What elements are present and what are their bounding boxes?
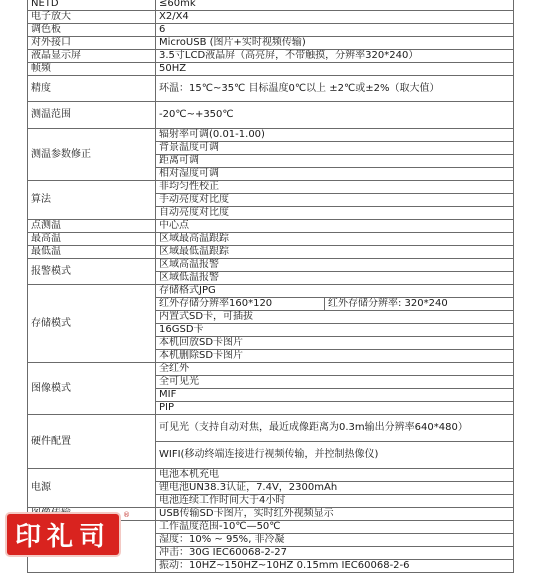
row-label: 测温范围 xyxy=(28,102,156,129)
table-row-hardware: 硬件配置 可见光（支持自动对焦，最近成像距离为0.3m输出分辨率640*480） xyxy=(28,415,514,442)
row-label: 帧频 xyxy=(28,63,156,76)
row-value: 6 xyxy=(156,24,514,37)
row-value: 区域高温报警 xyxy=(156,259,514,272)
row-label: 调色板 xyxy=(28,24,156,37)
row-value: 内置式SD卡，可插拔 xyxy=(156,311,514,324)
row-label: 对外接口 xyxy=(28,37,156,50)
row-label: 电子放大 xyxy=(28,11,156,24)
table-row-image-mode: 图像模式 全红外 xyxy=(28,363,514,376)
table-row-correction: 测温参数修正 辐射率可调(0.01-1.00) xyxy=(28,129,514,142)
table-row-lcd: 液晶显示屏 3.5寸LCD液晶屏（高亮屏，不带触摸，分辨率320*240） xyxy=(28,50,514,63)
row-label: 算法 xyxy=(28,181,156,220)
table-row-min: 最低温 区域最低温跟踪 xyxy=(28,246,514,259)
row-value: WIFI(移动终端连接进行视频传输，并控制热像仪) xyxy=(156,442,514,469)
table-row-power: 电源 电池本机充电 xyxy=(28,469,514,482)
row-value: 可见光（支持自动对焦，最近成像距离为0.3m输出分辨率640*480） xyxy=(156,415,514,442)
row-label: 测温参数修正 xyxy=(28,129,156,181)
row-value: 区域低温报警 xyxy=(156,272,514,285)
row-label: 电源 xyxy=(28,469,156,508)
row-label: 报警模式 xyxy=(28,259,156,285)
row-value: 3.5寸LCD液晶屏（高亮屏，不带触摸，分辨率320*240） xyxy=(156,50,514,63)
table-row-interface: 对外接口 MicroUSB (图片+实时视频传输) xyxy=(28,37,514,50)
row-value: 自动亮度对比度 xyxy=(156,207,514,220)
row-value: 相对湿度可调 xyxy=(156,168,514,181)
row-value: MIF xyxy=(156,389,514,402)
row-value: ≤60mk xyxy=(156,0,514,11)
split-cell: 红外存储分辨率160*120 红外存储分辨率: 320*240 xyxy=(156,298,514,311)
table-row-alarm: 报警模式 区域高温报警 xyxy=(28,259,514,272)
table-row-spot: 点测温 中心点 xyxy=(28,220,514,233)
table-row-zoom: 电子放大 X2/X4 xyxy=(28,11,514,24)
row-value: USB传输SD卡图片，实时红外视频显示 xyxy=(156,508,514,521)
row-value: 区域最高温跟踪 xyxy=(156,233,514,246)
table-row-algorithm: 算法 非均匀性校正 xyxy=(28,181,514,194)
row-value: 振动：10HZ~150HZ~10HZ 0.15mm IEC60068-2-6 xyxy=(156,560,514,573)
row-value-alt: 红外存储分辨率: 320*240 xyxy=(325,298,514,310)
row-value: 冲击：30G IEC60068-2-27 xyxy=(156,547,514,560)
row-value: 电池本机充电 xyxy=(156,469,514,482)
row-value: PIP xyxy=(156,402,514,415)
row-value: -20℃~+350℃ xyxy=(156,102,514,129)
row-value: 非均匀性校正 xyxy=(156,181,514,194)
row-label: 液晶显示屏 xyxy=(28,50,156,63)
row-value: 辐射率可调(0.01-1.00) xyxy=(156,129,514,142)
row-value: 全可见光 xyxy=(156,376,514,389)
row-label: 图像模式 xyxy=(28,363,156,415)
table-row-netd: NETD ≤60mk xyxy=(28,0,514,11)
row-value: 本机回放SD卡图片 xyxy=(156,337,514,350)
row-value: 电池连续工作时间大于4小时 xyxy=(156,495,514,508)
row-value: X2/X4 xyxy=(156,11,514,24)
row-value: 环温：15℃~35℃ 目标温度0℃以上 ±2℃或±2%（取大值） xyxy=(156,76,514,102)
brand-watermark-stamp: 印礼司 ® xyxy=(7,514,119,555)
row-value: 距离可调 xyxy=(156,155,514,168)
row-value: 全红外 xyxy=(156,363,514,376)
registered-mark-icon: ® xyxy=(123,511,130,519)
row-value: MicroUSB (图片+实时视频传输) xyxy=(156,37,514,50)
row-label: 存储模式 xyxy=(28,285,156,363)
table-row-framerate: 帧频 50HZ xyxy=(28,63,514,76)
row-label: 点测温 xyxy=(28,220,156,233)
row-label: 硬件配置 xyxy=(28,415,156,469)
split-table: 红外存储分辨率160*120 红外存储分辨率: 320*240 xyxy=(156,298,513,310)
row-value: 中心点 xyxy=(156,220,514,233)
row-value: 16GSD卡 xyxy=(156,324,514,337)
row-value: 50HZ xyxy=(156,63,514,76)
table-row-accuracy: 精度 环温：15℃~35℃ 目标温度0℃以上 ±2℃或±2%（取大值） xyxy=(28,76,514,102)
row-label: 精度 xyxy=(28,76,156,102)
row-label: 最低温 xyxy=(28,246,156,259)
row-label: 最高温 xyxy=(28,233,156,246)
row-value: 本机删除SD卡图片 xyxy=(156,350,514,363)
row-label: NETD xyxy=(28,0,156,11)
row-value: 手动亮度对比度 xyxy=(156,194,514,207)
row-value: 锂电池UN38.3认证，7.4V，2300mAh xyxy=(156,482,514,495)
row-value: 湿度：10% ~ 95%, 非冷凝 xyxy=(156,534,514,547)
row-value: 背景温度可调 xyxy=(156,142,514,155)
table-row-range: 测温范围 -20℃~+350℃ xyxy=(28,102,514,129)
table-row-max: 最高温 区域最高温跟踪 xyxy=(28,233,514,246)
table-row-storage: 存储模式 存储格式JPG xyxy=(28,285,514,298)
watermark-text: 印礼司 xyxy=(15,516,111,553)
row-value: 工作温度范围-10℃—50℃ xyxy=(156,521,514,534)
spec-table: NETD ≤60mk 电子放大 X2/X4 调色板 6 对外接口 MicroUS… xyxy=(27,0,514,573)
table-row-palette: 调色板 6 xyxy=(28,24,514,37)
row-value: 红外存储分辨率160*120 xyxy=(156,298,325,310)
row-value: 存储格式JPG xyxy=(156,285,514,298)
row-value: 区域最低温跟踪 xyxy=(156,246,514,259)
